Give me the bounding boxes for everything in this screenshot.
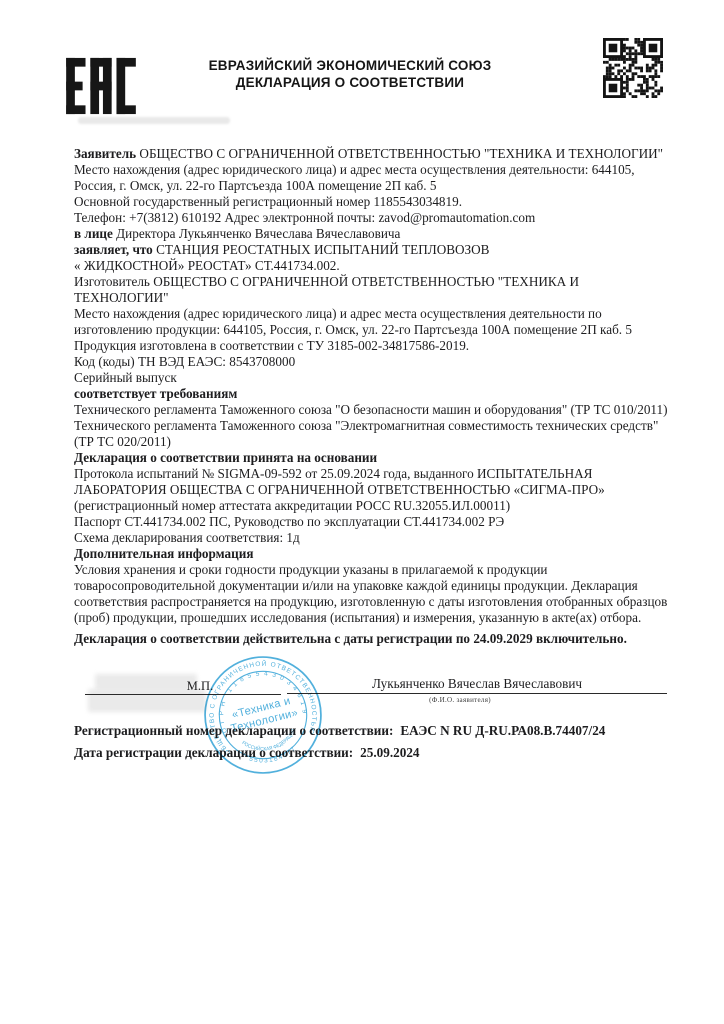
paragraph: Серийный выпуск: [74, 370, 674, 386]
registration-number-value: ЕАЭС N RU Д-RU.РА08.В.74407/24: [400, 723, 605, 738]
paragraph: в лице Директора Лукьянченко Вячеслава В…: [74, 226, 674, 242]
declarant-name-line: [287, 693, 667, 694]
paragraph: Протокола испытаний № SIGMA-09-592 от 25…: [74, 466, 674, 514]
registration-date-line: Дата регистрации декларации о соответств…: [74, 745, 420, 761]
registration-date-value: 25.09.2024: [360, 745, 419, 760]
title-line-declaration: ДЕКЛАРАЦИЯ О СООТВЕТСТВИИ: [110, 74, 590, 91]
paragraph: Код (коды) ТН ВЭД ЕАЭС: 8543708000: [74, 354, 674, 370]
declarant-name: Лукьянченко Вячеслав Вячеславович: [287, 676, 667, 692]
svg-text:ОБЩЕСТВО С ОГРАНИЧЕННОЙ ОТВЕТС: ОБЩЕСТВО С ОГРАНИЧЕННОЙ ОТВЕТСТВЕННОСТЬЮ: [200, 652, 323, 759]
document-title: ЕВРАЗИЙСКИЙ ЭКОНОМИЧЕСКИЙ СОЮЗ ДЕКЛАРАЦИ…: [110, 57, 590, 91]
paragraph: Условия хранения и сроки годности продук…: [74, 562, 674, 626]
paragraph: Паспорт СТ.441734.002 ПС, Руководство по…: [74, 514, 674, 530]
scan-smudge: [78, 117, 230, 124]
signature-line: [85, 694, 281, 695]
paragraph: Продукция изготовлена в соответствии с Т…: [74, 338, 674, 354]
stamp-outer-text: ОБЩЕСТВО С ОГРАНИЧЕННОЙ ОТВЕТСТВЕННОСТЬЮ: [200, 652, 323, 759]
declaration-document: ЕВРАЗИЙСКИЙ ЭКОНОМИЧЕСКИЙ СОЮЗ ДЕКЛАРАЦИ…: [0, 0, 724, 1024]
paragraph: соответствует требованиям: [74, 386, 674, 402]
paragraph: Декларация о соответствии действительна …: [74, 631, 674, 647]
paragraph: Телефон: +7(3812) 610192 Адрес электронн…: [74, 210, 674, 226]
registration-number-label: Регистрационный номер декларации о соотв…: [74, 723, 393, 738]
qr-code-icon: [603, 38, 663, 98]
registration-number-line: Регистрационный номер декларации о соотв…: [74, 723, 605, 739]
paragraph: Схема декларирования соответствия: 1д: [74, 530, 674, 546]
paragraph: Заявитель ОБЩЕСТВО С ОГРАНИЧЕННОЙ ОТВЕТС…: [74, 146, 674, 162]
paragraph: Место нахождения (адрес юридического лиц…: [74, 162, 674, 194]
paragraph: Технического регламента Таможенного союз…: [74, 402, 674, 418]
registration-date-label: Дата регистрации декларации о соответств…: [74, 745, 353, 760]
title-line-union: ЕВРАЗИЙСКИЙ ЭКОНОМИЧЕСКИЙ СОЮЗ: [110, 57, 590, 74]
declarant-name-caption: (Ф.И.О. заявителя): [330, 696, 590, 704]
stamp-place-label: М.П.: [165, 679, 235, 694]
paragraph: Технического регламента Таможенного союз…: [74, 418, 674, 450]
paragraph: Изготовитель ОБЩЕСТВО С ОГРАНИЧЕННОЙ ОТВ…: [74, 274, 674, 306]
paragraph: Основной государственный регистрационный…: [74, 194, 674, 210]
paragraph: Место нахождения (адрес юридического лиц…: [74, 306, 674, 338]
paragraph: Дополнительная информация: [74, 546, 674, 562]
paragraph: заявляет, что СТАНЦИЯ РЕОСТАТНЫХ ИСПЫТАН…: [74, 242, 674, 258]
stamp-company-name-line1: «Техника и: [231, 695, 292, 721]
body-paragraphs: Заявитель ОБЩЕСТВО С ОГРАНИЧЕННОЙ ОТВЕТС…: [74, 146, 674, 647]
paragraph: Декларация о соответствии принята на осн…: [74, 450, 674, 466]
paragraph: « ЖИДКОСТНОЙ» РЕОСТАТ» СТ.441734.002.: [74, 258, 674, 274]
